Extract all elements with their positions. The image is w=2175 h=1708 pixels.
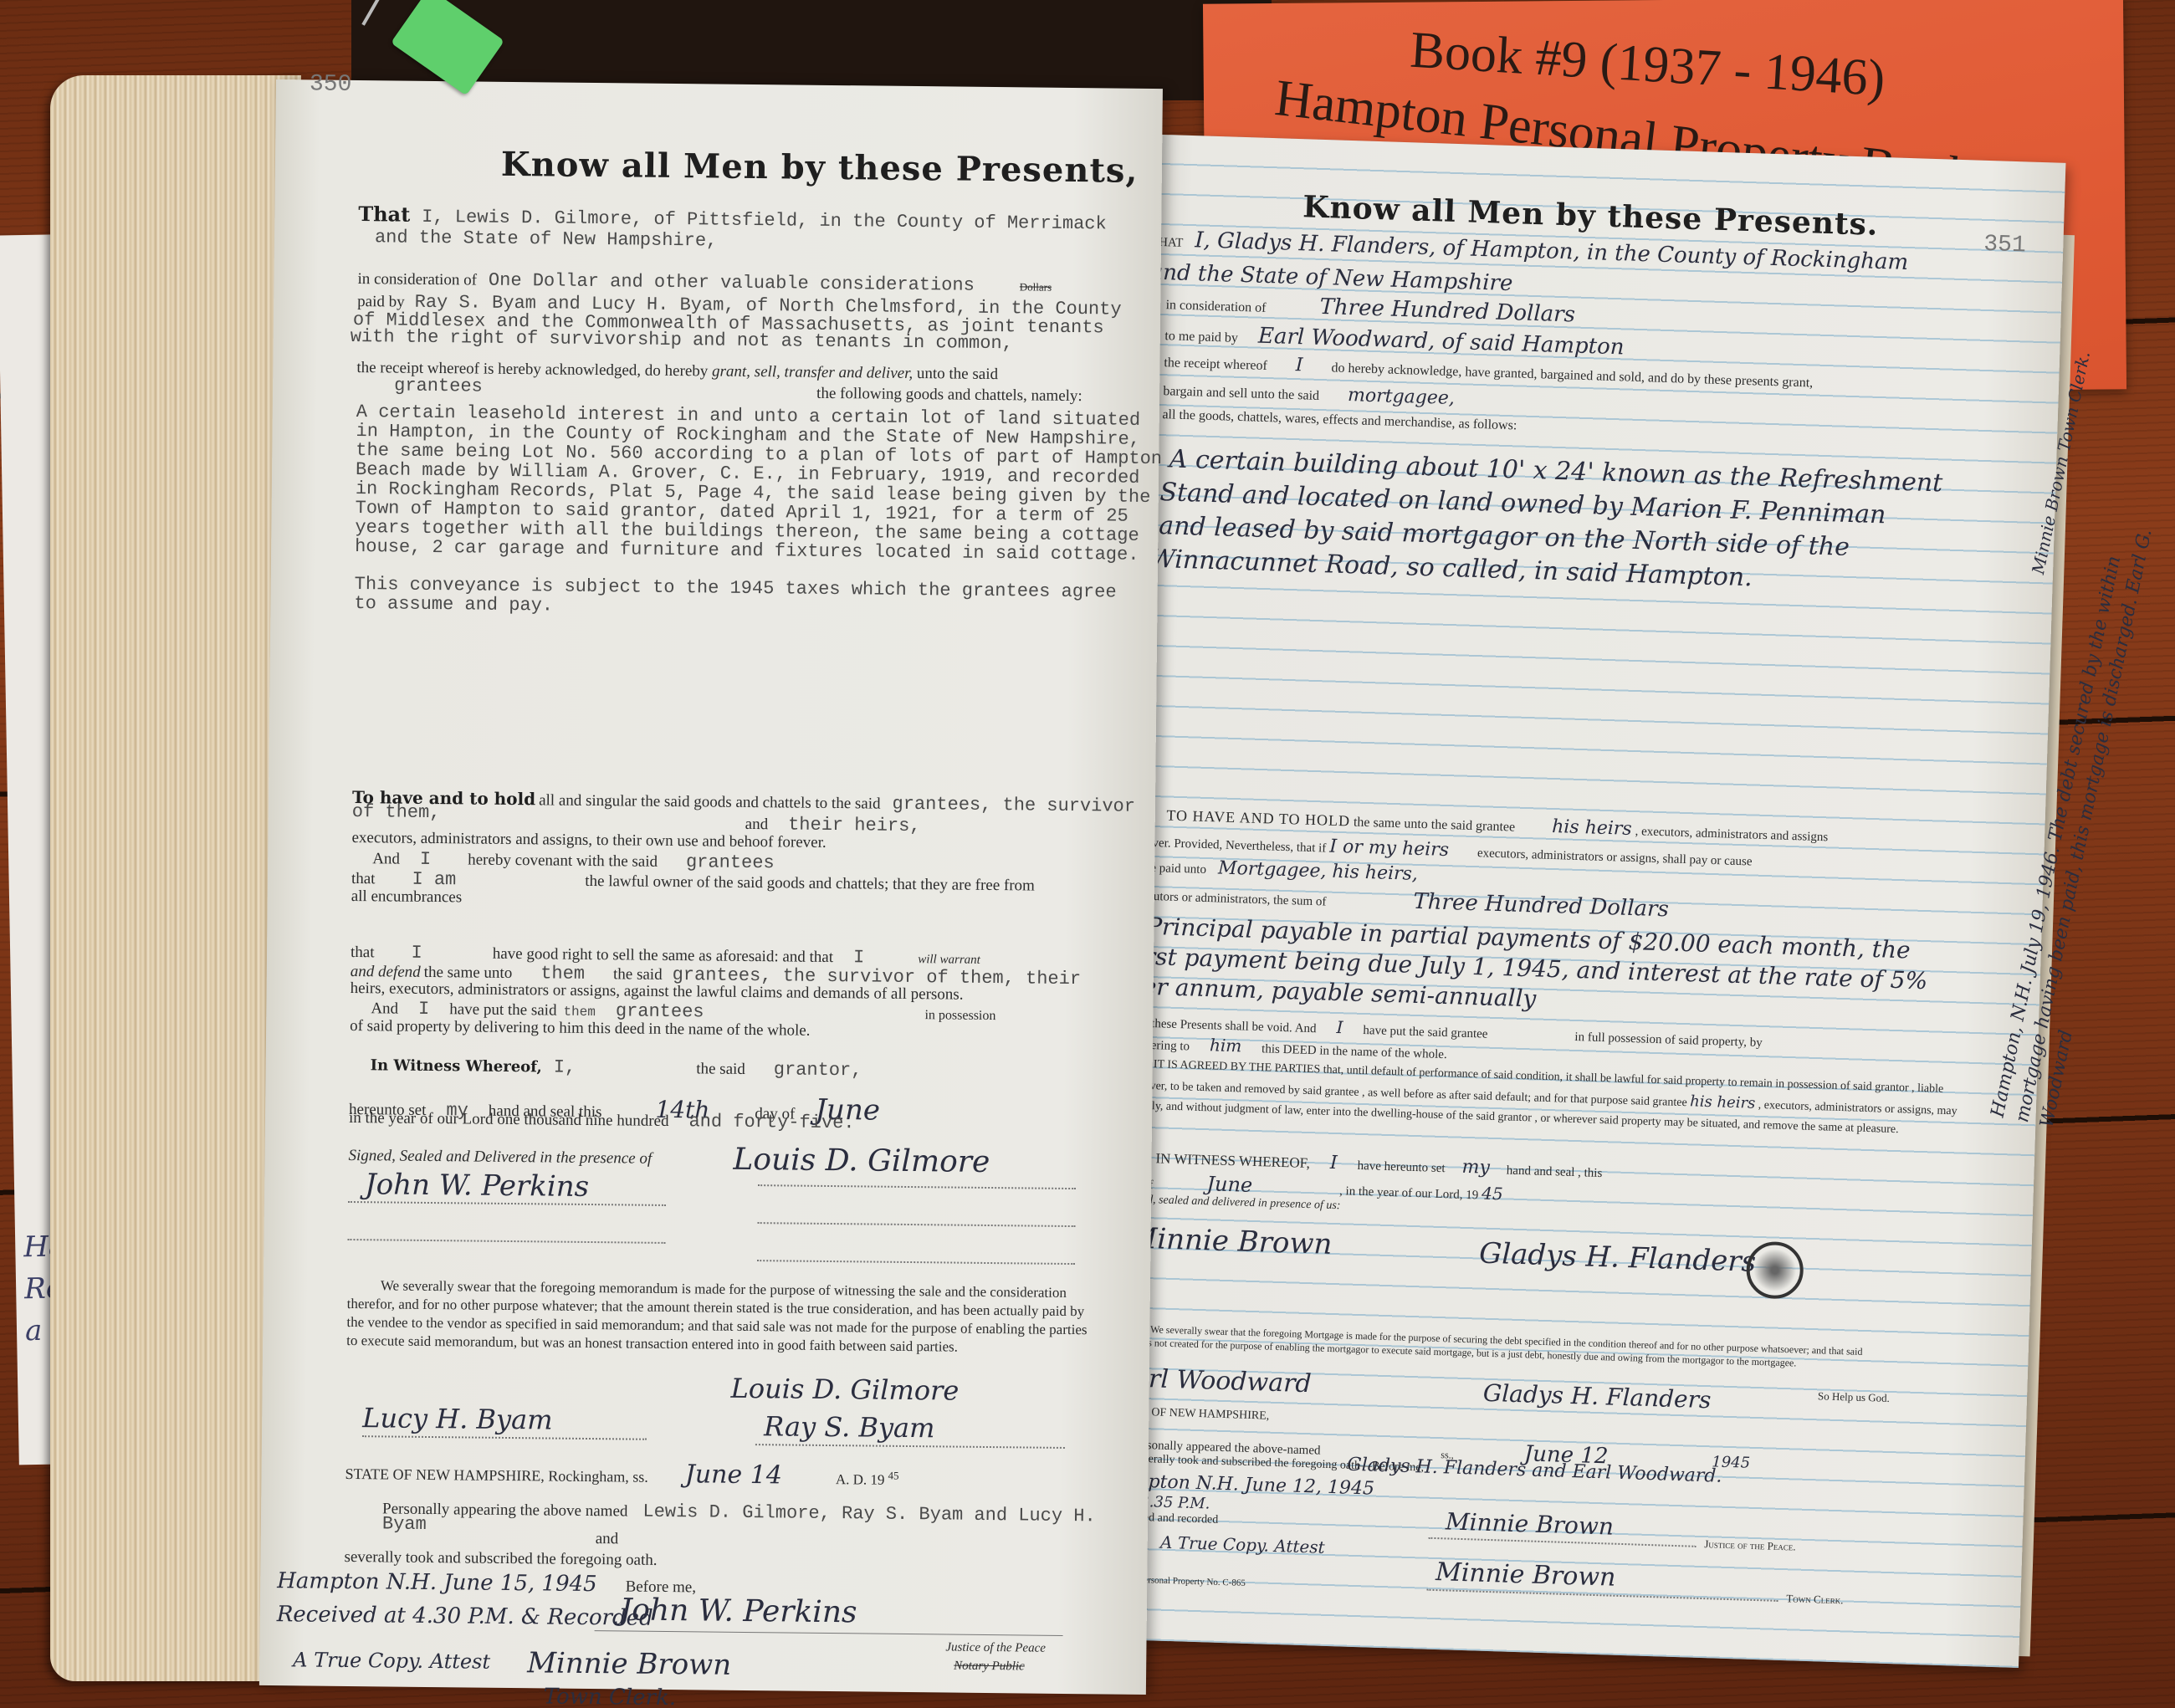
year-hand: 45 — [1482, 1184, 1503, 1204]
grantees-typed: grantees — [394, 375, 483, 396]
covenant-text: hereby covenant with the said — [468, 851, 658, 870]
habendum-typed: grantees, the survivor — [892, 794, 1135, 817]
justice-signature-line — [595, 1630, 1063, 1636]
binder-clip — [368, 0, 535, 92]
gilmore-oath-signature: Louis D. Gilmore — [730, 1373, 959, 1407]
void-i-hand: I — [1336, 1017, 1343, 1037]
left-page: 350 Know all Men by these Presents, That… — [259, 79, 1163, 1695]
sum-label: executors or administrators, the sum of — [1130, 889, 1327, 908]
year-text: , in the year of our Lord, 19 — [1339, 1184, 1479, 1202]
year-text: in the year of our Lord one thousand nin… — [349, 1109, 669, 1130]
habendum-text: all and singular the said goods and chat… — [539, 791, 881, 812]
i-typed: I — [853, 947, 864, 968]
that-label: that — [351, 943, 375, 961]
severally-text: severally took and subscribed the forego… — [344, 1548, 657, 1570]
year-typed: and forty-five. — [688, 1111, 854, 1133]
receipt-label: the receipt whereof — [1164, 355, 1267, 373]
ack-date-hand: June 14 — [685, 1460, 783, 1490]
hereunto-text: have hereunto set — [1357, 1159, 1445, 1175]
habendum-text: the same unto the said grantee — [1354, 816, 1516, 835]
justice-signature: John W. Perkins — [620, 1593, 857, 1629]
that-label: that — [351, 870, 376, 887]
paid-by-label: paid by — [357, 293, 405, 311]
so-help-text: So Help us God. — [1818, 1389, 1890, 1405]
gladys-oath-signature: Gladys H. Flanders — [1482, 1379, 1712, 1414]
bargain-hand: mortgagee, — [1348, 385, 1456, 409]
dollars-struck: Dollars — [1020, 280, 1052, 293]
receipt-italic: grant, sell, transfer and deliver, — [712, 362, 913, 382]
i-typed: I — [411, 943, 422, 964]
true-copy-hand: A True Copy. Attest — [293, 1648, 490, 1673]
names-typed: Byam — [382, 1513, 427, 1535]
paid-unto-hand: Mortgagee, his heirs, — [1218, 857, 1419, 884]
notary-struck: Notary Public — [954, 1659, 1025, 1675]
oath-paragraph: We severally swear that the foregoing me… — [346, 1276, 1100, 1358]
have-put-text: have put the said grantee — [1363, 1024, 1488, 1041]
i-am-typed: I am — [412, 869, 456, 891]
grantor-signature-line — [758, 1222, 1076, 1227]
them-overtyped: them — [563, 1005, 596, 1020]
and-label: and — [596, 1530, 619, 1548]
grantor-signature-line — [757, 1260, 1075, 1265]
recorded-hand: Hampton N.H. June 15, 1945 — [277, 1568, 597, 1597]
clerk-signature: Minnie Brown — [527, 1646, 731, 1682]
month-hand: June — [1206, 1172, 1253, 1197]
signed-sealed-label: Signed, Sealed and Delivered in the pres… — [348, 1147, 652, 1168]
following-goods-label: the following goods and chattels, namely… — [816, 385, 1082, 406]
true-copy-hand: A True Copy. Attest — [1160, 1532, 1325, 1557]
if-hand: I or my heirs — [1329, 836, 1449, 861]
the-said-text: the said — [696, 1060, 745, 1078]
clerk-title-hand: Town Clerk. — [544, 1684, 677, 1708]
delivering-hand: him — [1210, 1035, 1242, 1056]
received-hand: Received at 4.30 P.M. & Recorded — [277, 1602, 653, 1631]
witness-signature: Minnie Brown — [1128, 1221, 1333, 1261]
habendum-caps: TO HAVE AND TO HOLD — [1166, 806, 1350, 829]
discharge-margin-note: Hampton, N.H. July 19, 1946. The debt se… — [1986, 492, 2175, 1129]
habendum-text: , executors, administrators and assigns — [1635, 825, 1828, 844]
and-label: And — [372, 850, 400, 867]
paid-by-label: to me paid by — [1164, 329, 1238, 345]
encumbrances-text: all encumbrances — [351, 887, 463, 907]
have-put-text: have put the said — [449, 1000, 556, 1019]
witness-i-hand: I — [1330, 1153, 1338, 1174]
ad-year-suffix: 45 — [888, 1469, 898, 1481]
covenant-typed: grantees — [686, 851, 775, 873]
hand-seal-text: hand and seal , this — [1507, 1163, 1603, 1180]
ray-signature-line — [755, 1444, 1065, 1449]
and-label: And — [371, 1000, 398, 1017]
grantor-typed: grantor, — [774, 1059, 862, 1081]
consideration-label: in consideration of — [357, 270, 477, 289]
right-page: 351 Know all Men by these Presents. THAT… — [1090, 134, 2065, 1668]
i-typed: I, — [554, 1057, 576, 1078]
defend-text: the same unto — [424, 964, 513, 982]
ray-oath-signature: Ray S. Byam — [764, 1410, 935, 1444]
full-possession-text: in full possession of said property, by — [1574, 1030, 1763, 1050]
description-block: A certain leasehold interest in and unto… — [354, 402, 1151, 621]
consideration-label: in consideration of — [1165, 298, 1266, 315]
sum-hand: Three Hundred Dollars — [1413, 889, 1669, 923]
grantor-signature: Gladys H. Flanders — [1479, 1236, 1757, 1278]
grantor-state-typed: and the State of New Hampshire, — [375, 227, 718, 251]
lucy-signature-line — [362, 1435, 647, 1440]
receipt-text: unto the said — [917, 365, 998, 383]
my-hand: my — [1461, 1157, 1490, 1179]
bargain-label: bargain and sell unto the said — [1163, 384, 1319, 403]
page-heading: Know all Men by these Presents, — [501, 145, 1139, 191]
page-number: 351 — [1983, 232, 2026, 259]
names-typed: Lewis D. Gilmore, Ray S. Byam and Lucy H… — [642, 1501, 1096, 1527]
oath-paragraph: We severally swear that the foregoing Mo… — [1116, 1322, 1870, 1372]
that-label: That — [358, 202, 410, 227]
i-typed: I — [420, 849, 431, 870]
provided-text: forever. Provided, Nevertheless, that if — [1132, 836, 1326, 855]
lucy-oath-signature: Lucy H. Byam — [362, 1402, 553, 1435]
defend-italic: and defend — [351, 963, 421, 981]
clerk-signature: Minnie Brown — [1435, 1557, 1616, 1593]
lawful-owner-text: the lawful owner of the said goods and c… — [585, 872, 1035, 895]
justice-label: Justice of the Peace — [945, 1640, 1046, 1655]
the-said-text: the said — [613, 965, 663, 984]
receipt-i-hand: I — [1295, 355, 1302, 376]
witness-caps: IN WITNESS WHEREOF, — [1155, 1150, 1310, 1171]
state-label: STATE OF NEW HAMPSHIRE, Rockingham, ss. — [345, 1465, 647, 1486]
ad-label: A. D. 19 — [836, 1471, 885, 1488]
seal-mark — [1746, 1241, 1804, 1300]
justice-label: Justice of the Peace. — [1704, 1537, 1796, 1553]
in-possession-text: in possession — [924, 1008, 995, 1023]
witness-signature: John W. Perkins — [365, 1168, 589, 1204]
witness-signature-line — [347, 1239, 665, 1244]
i-typed: I — [418, 999, 429, 1020]
consideration-typed: One Dollar and other valuable considerat… — [489, 270, 975, 296]
consideration-hand: Three Hundred Dollars — [1319, 294, 1575, 328]
and-label: and — [745, 816, 769, 833]
habendum-typed: of them, — [352, 801, 441, 823]
will-warrant-text: will warrant — [918, 953, 980, 967]
goods-label: all the goods, chattels, wares, effects … — [1162, 407, 1517, 433]
justice-signature: Minnie Brown — [1446, 1507, 1615, 1540]
agreed-hand: his heirs — [1690, 1092, 1756, 1112]
page-number: 350 — [310, 71, 352, 98]
agreed-paragraph: AND IT IS AGREED BY THE PARTIES that, un… — [1123, 1054, 1962, 1142]
witness-gothic: In Witness Whereof, — [371, 1056, 542, 1076]
grantor-signature-line — [758, 1184, 1076, 1189]
grantor-signature: Louis D. Gilmore — [733, 1143, 990, 1179]
heirs-hand: his heirs — [1552, 816, 1632, 840]
habendum-text: executors, administrators or assigns, sh… — [1477, 846, 1753, 868]
clerk-label: Town Clerk. — [1786, 1592, 1844, 1607]
delivering-text: of said property by delivering to him th… — [350, 1017, 811, 1041]
